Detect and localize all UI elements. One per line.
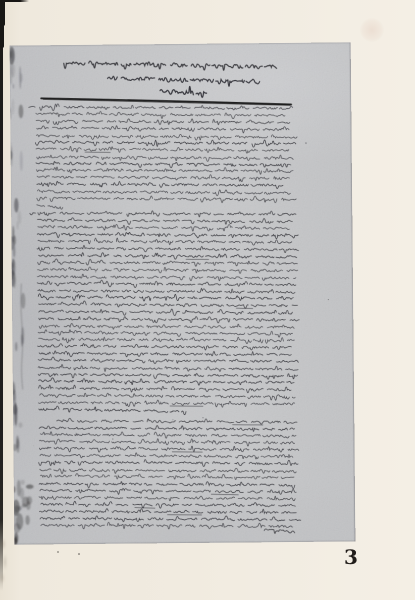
page-number: 3: [344, 547, 358, 567]
page-speck: [78, 553, 80, 555]
page-speck: [57, 551, 59, 553]
scan-edge-nub: [0, 0, 4, 48]
scan-edge-top: [0, 0, 29, 2]
photo-grain: [10, 42, 356, 544]
scan-edge-left: [0, 0, 3, 591]
book-page: 3: [0, 0, 415, 600]
manuscript-handwriting-svg: [10, 42, 356, 544]
manuscript-photo: [10, 42, 356, 544]
page-stain: [360, 18, 384, 42]
page-smudge: [0, 536, 12, 586]
